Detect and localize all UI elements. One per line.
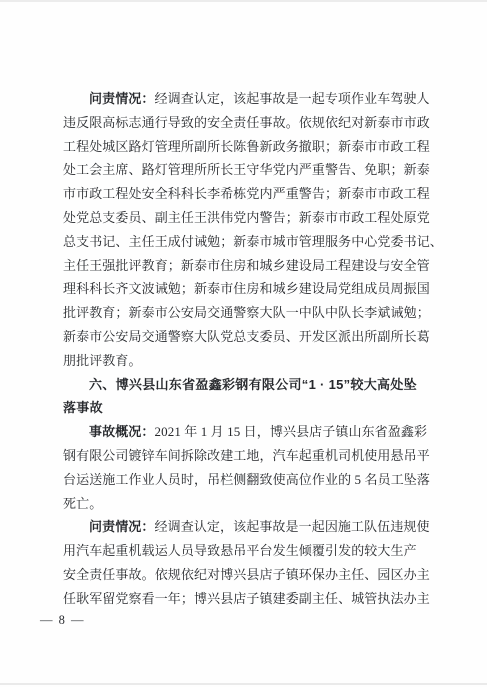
paragraph-accountability-newtai: 问责情况：经调查认定，该起事故是一起专项作业车驾驶人 违反限高标志通行导致的安全… [63, 87, 433, 373]
paragraph-text: 经调查认定，该起事故是一起专项作业车驾驶人 [155, 91, 430, 106]
paragraph-label: 问责情况： [89, 519, 155, 534]
text-line: 落事故 [63, 396, 433, 420]
text-line: 总支书记、主任王成付诫勉；新泰市城市管理服务中心党委书记、 [63, 230, 433, 254]
text-line: 处工会主席、路灯管理所所长王守华党内严重警告、免职；新泰 [63, 158, 433, 182]
paragraph-label: 事故概况： [89, 424, 155, 439]
text-line: 用汽车起重机载运人员导致悬吊平台发生倾覆引发的较大生产 [63, 539, 433, 563]
paragraph-first-line: 问责情况：经调查认定，该起事故是一起专项作业车驾驶人 [63, 87, 433, 111]
document-page: 问责情况：经调查认定，该起事故是一起专项作业车驾驶人 违反限高标志通行导致的安全… [0, 0, 487, 687]
text-line: 死亡。 [63, 492, 433, 516]
text-line: 理科科长齐文波诫勉；新泰市住房和城乡建设局党组成员周振国 [63, 277, 433, 301]
text-line: 批评教育；新泰市公安局交通警察大队一中队中队长李斌诫勉； [63, 301, 433, 325]
section-heading-six: 六、博兴县山东省盈鑫彩钢有限公司“1 · 15”较大高处坠落事故 [63, 373, 433, 421]
text-line: 主任王强批评教育；新泰市住房和城乡建设局工程建设与安全管 [63, 254, 433, 278]
scan-edge-top [0, 0, 487, 2]
paragraph-accident-overview: 事故概况：2021 年 1 月 15 日，博兴县店子镇山东省盈鑫彩 钢有限公司镀… [63, 420, 433, 515]
text-line: 六、博兴县山东省盈鑫彩钢有限公司“1 · 15”较大高处坠 [63, 373, 433, 397]
paragraph-text: 2021 年 1 月 15 日，博兴县店子镇山东省盈鑫彩 [155, 424, 428, 439]
text-line: 市市政工程处安全科科长李希栋党内严重警告；新泰市市政工程 [63, 182, 433, 206]
text-line: 违反限高标志通行导致的安全责任事故。依规依纪对新泰市市政 [63, 111, 433, 135]
text-line: 安全责任事故。依规依纪对博兴县店子镇环保办主任、园区办主 [63, 563, 433, 587]
text-line: 任耿军留党察看一年；博兴县店子镇建委副主任、城管执法办主 [63, 587, 433, 611]
paragraph-first-line: 问责情况：经调查认定，该起事故是一起因施工队伍违规使 [63, 515, 433, 539]
paragraph-first-line: 事故概况：2021 年 1 月 15 日，博兴县店子镇山东省盈鑫彩 [63, 420, 433, 444]
paragraph-label: 问责情况： [89, 91, 155, 106]
text-line: 台运送施工作业人员时，吊栏侧翻致使高位作业的 5 名员工坠落 [63, 468, 433, 492]
text-line: 处党总支委员、副主任王洪伟党内警告；新泰市市政工程处原党 [63, 206, 433, 230]
paragraph-text: 经调查认定，该起事故是一起因施工队伍违规使 [155, 519, 430, 534]
text-line: 新泰市公安局交通警察大队党总支委员、开发区派出所副所长葛 [63, 325, 433, 349]
text-line: 钢有限公司镀锌车间拆除改建工地，汽车起重机司机使用悬吊平 [63, 444, 433, 468]
document-text-block: 问责情况：经调查认定，该起事故是一起专项作业车驾驶人 违反限高标志通行导致的安全… [63, 87, 433, 611]
text-line: 工程处城区路灯管理所副所长陈鲁新政务撤职；新泰市市政工程 [63, 135, 433, 159]
paragraph-accountability-boxing: 问责情况：经调查认定，该起事故是一起因施工队伍违规使 用汽车起重机载运人员导致悬… [63, 515, 433, 610]
text-line: 朋批评教育。 [63, 349, 433, 373]
scan-edge-bottom [0, 683, 487, 685]
page-number: — 8 — [40, 608, 85, 632]
